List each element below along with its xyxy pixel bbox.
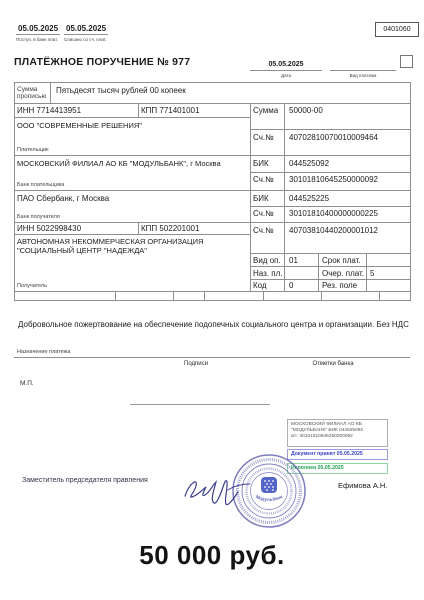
payer-label: Плательщик [17,147,49,153]
sum-label: Сумма [253,106,278,116]
table-line [14,190,410,191]
debited-date-label: Списано со сч. плат. [64,37,107,42]
payer-inn: ИНН 7714413951 [17,106,81,116]
payee-bank-bik-label: БИК [253,194,269,204]
payee-label: Получатель [17,283,47,289]
table-line [14,82,410,83]
payee-bank-name: ПАО Сбербанк, г Москва [17,194,109,204]
signatures-label: Подписи [156,361,236,367]
signer-position: Заместитель председателя правления [22,476,148,486]
table-line [14,82,15,301]
sum-words-label: Сумма прописью [17,86,49,100]
payee-kpp: КПП 502201001 [141,224,199,234]
payer-account-label: Сч.№ [253,133,274,143]
date-label: Дата [250,73,322,78]
signature-line [130,404,270,405]
bank-info-line3: к/с: 30101810645250000092 [291,434,384,440]
payee-bank-account: 30101810400000000225 [289,209,378,219]
table-line [250,279,410,280]
status-checkbox [400,55,413,68]
payer-bank-bik-label: БИК [253,159,269,169]
order-label: Очер. плат. [322,269,364,279]
payee-inn: ИНН 5022998430 [17,224,81,234]
sum-words-value: Пятьдесят тысяч рублей 00 копеек [56,86,186,96]
payer-account: 40702810070010009464 [289,133,378,143]
res-field-label: Рез. поле [322,281,357,291]
payee-bank-label: Банк получателя [17,214,60,220]
payee-account: 40703810440200001012 [289,226,378,236]
table-line [250,172,410,173]
document-title: ПЛАТЁЖНОЕ ПОРУЧЕНИЕ № 977 [14,57,190,67]
table-line [14,291,410,292]
table-line [250,253,410,254]
code-value: 0 [289,281,293,291]
received-date-label: Поступ. в банк плат. [16,37,58,42]
table-line [250,129,410,130]
document-date: 05.05.2025 [250,60,322,70]
code-label: Код [253,281,267,291]
payee-name: АВТОНОМНАЯ НЕКОММЕРЧЕСКАЯ ОРГАНИЗАЦИЯ "С… [17,237,249,255]
debited-date-underline [64,34,108,35]
table-line [14,222,410,223]
grid-line [204,291,205,300]
purpose-underline [14,357,410,358]
table-line [318,253,319,291]
table-line [14,300,410,301]
amount-summary: 50 000 руб. [0,540,424,571]
table-line [250,206,410,207]
op-type-label: Вид оп. [253,256,281,266]
date-underline [250,70,322,71]
payment-type-label: Вид платежа [330,73,396,78]
received-date-underline [16,34,60,35]
form-code-box: 0401060 [375,22,419,37]
purpose-label: Назначение платежа [17,349,70,355]
bank-marks-label: Отметки банка [293,361,373,367]
payer-bank-account: 30101810645250000092 [289,175,378,185]
payee-account-label: Сч.№ [253,226,274,236]
payer-bank-label: Банк плательщика [17,182,64,188]
payer-kpp: КПП 771401001 [141,106,199,116]
table-line [14,234,250,235]
payer-bank-account-label: Сч.№ [253,175,274,185]
sum-value: 50000-00 [289,106,323,116]
received-date: 05.05.2025 [18,24,58,34]
purpose-text: Добровольное пожертвование на обеспечени… [18,320,409,330]
debited-date: 05.05.2025 [66,24,106,34]
grid-line [115,291,116,300]
mp-label: М.П. [20,380,34,387]
op-type-value: 01 [289,256,298,266]
order-value: 5 [370,269,374,279]
payee-bank-bik: 044525225 [289,194,329,204]
table-line [14,155,410,156]
term-label: Срок плат. [322,256,361,266]
table-line [14,103,410,104]
table-line [50,82,51,103]
grid-line [379,291,380,300]
payer-name: ООО "СОВРЕМЕННЫЕ РЕШЕНИЯ" [17,121,142,130]
table-line [366,253,367,291]
table-line [138,103,139,117]
handwritten-signature [182,470,256,508]
grid-line [263,291,264,300]
grid-line [173,291,174,300]
payer-bank-name: МОСКОВСКИЙ ФИЛИАЛ АО КБ "МОДУЛЬБАНК", г … [17,159,221,168]
signer-name: Ефимова А.Н. [338,481,387,491]
payee-bank-account-label: Сч.№ [253,209,274,219]
bank-info-box: МОСКОВСКИЙ ФИЛИАЛ АО КБ "МОДУЛЬБАНК" БИК… [287,419,388,447]
table-line [284,103,285,291]
table-line [138,222,139,234]
payer-bank-bik: 044525092 [289,159,329,169]
table-line [14,117,250,118]
table-line [410,82,411,301]
naz-label: Наз. пл. [253,269,282,279]
table-line [250,266,410,267]
table-line [250,103,251,291]
payment-type-underline [330,70,396,71]
payment-order-document: 05.05.2025 Поступ. в банк плат. 05.05.20… [0,0,424,600]
grid-line [321,291,322,300]
